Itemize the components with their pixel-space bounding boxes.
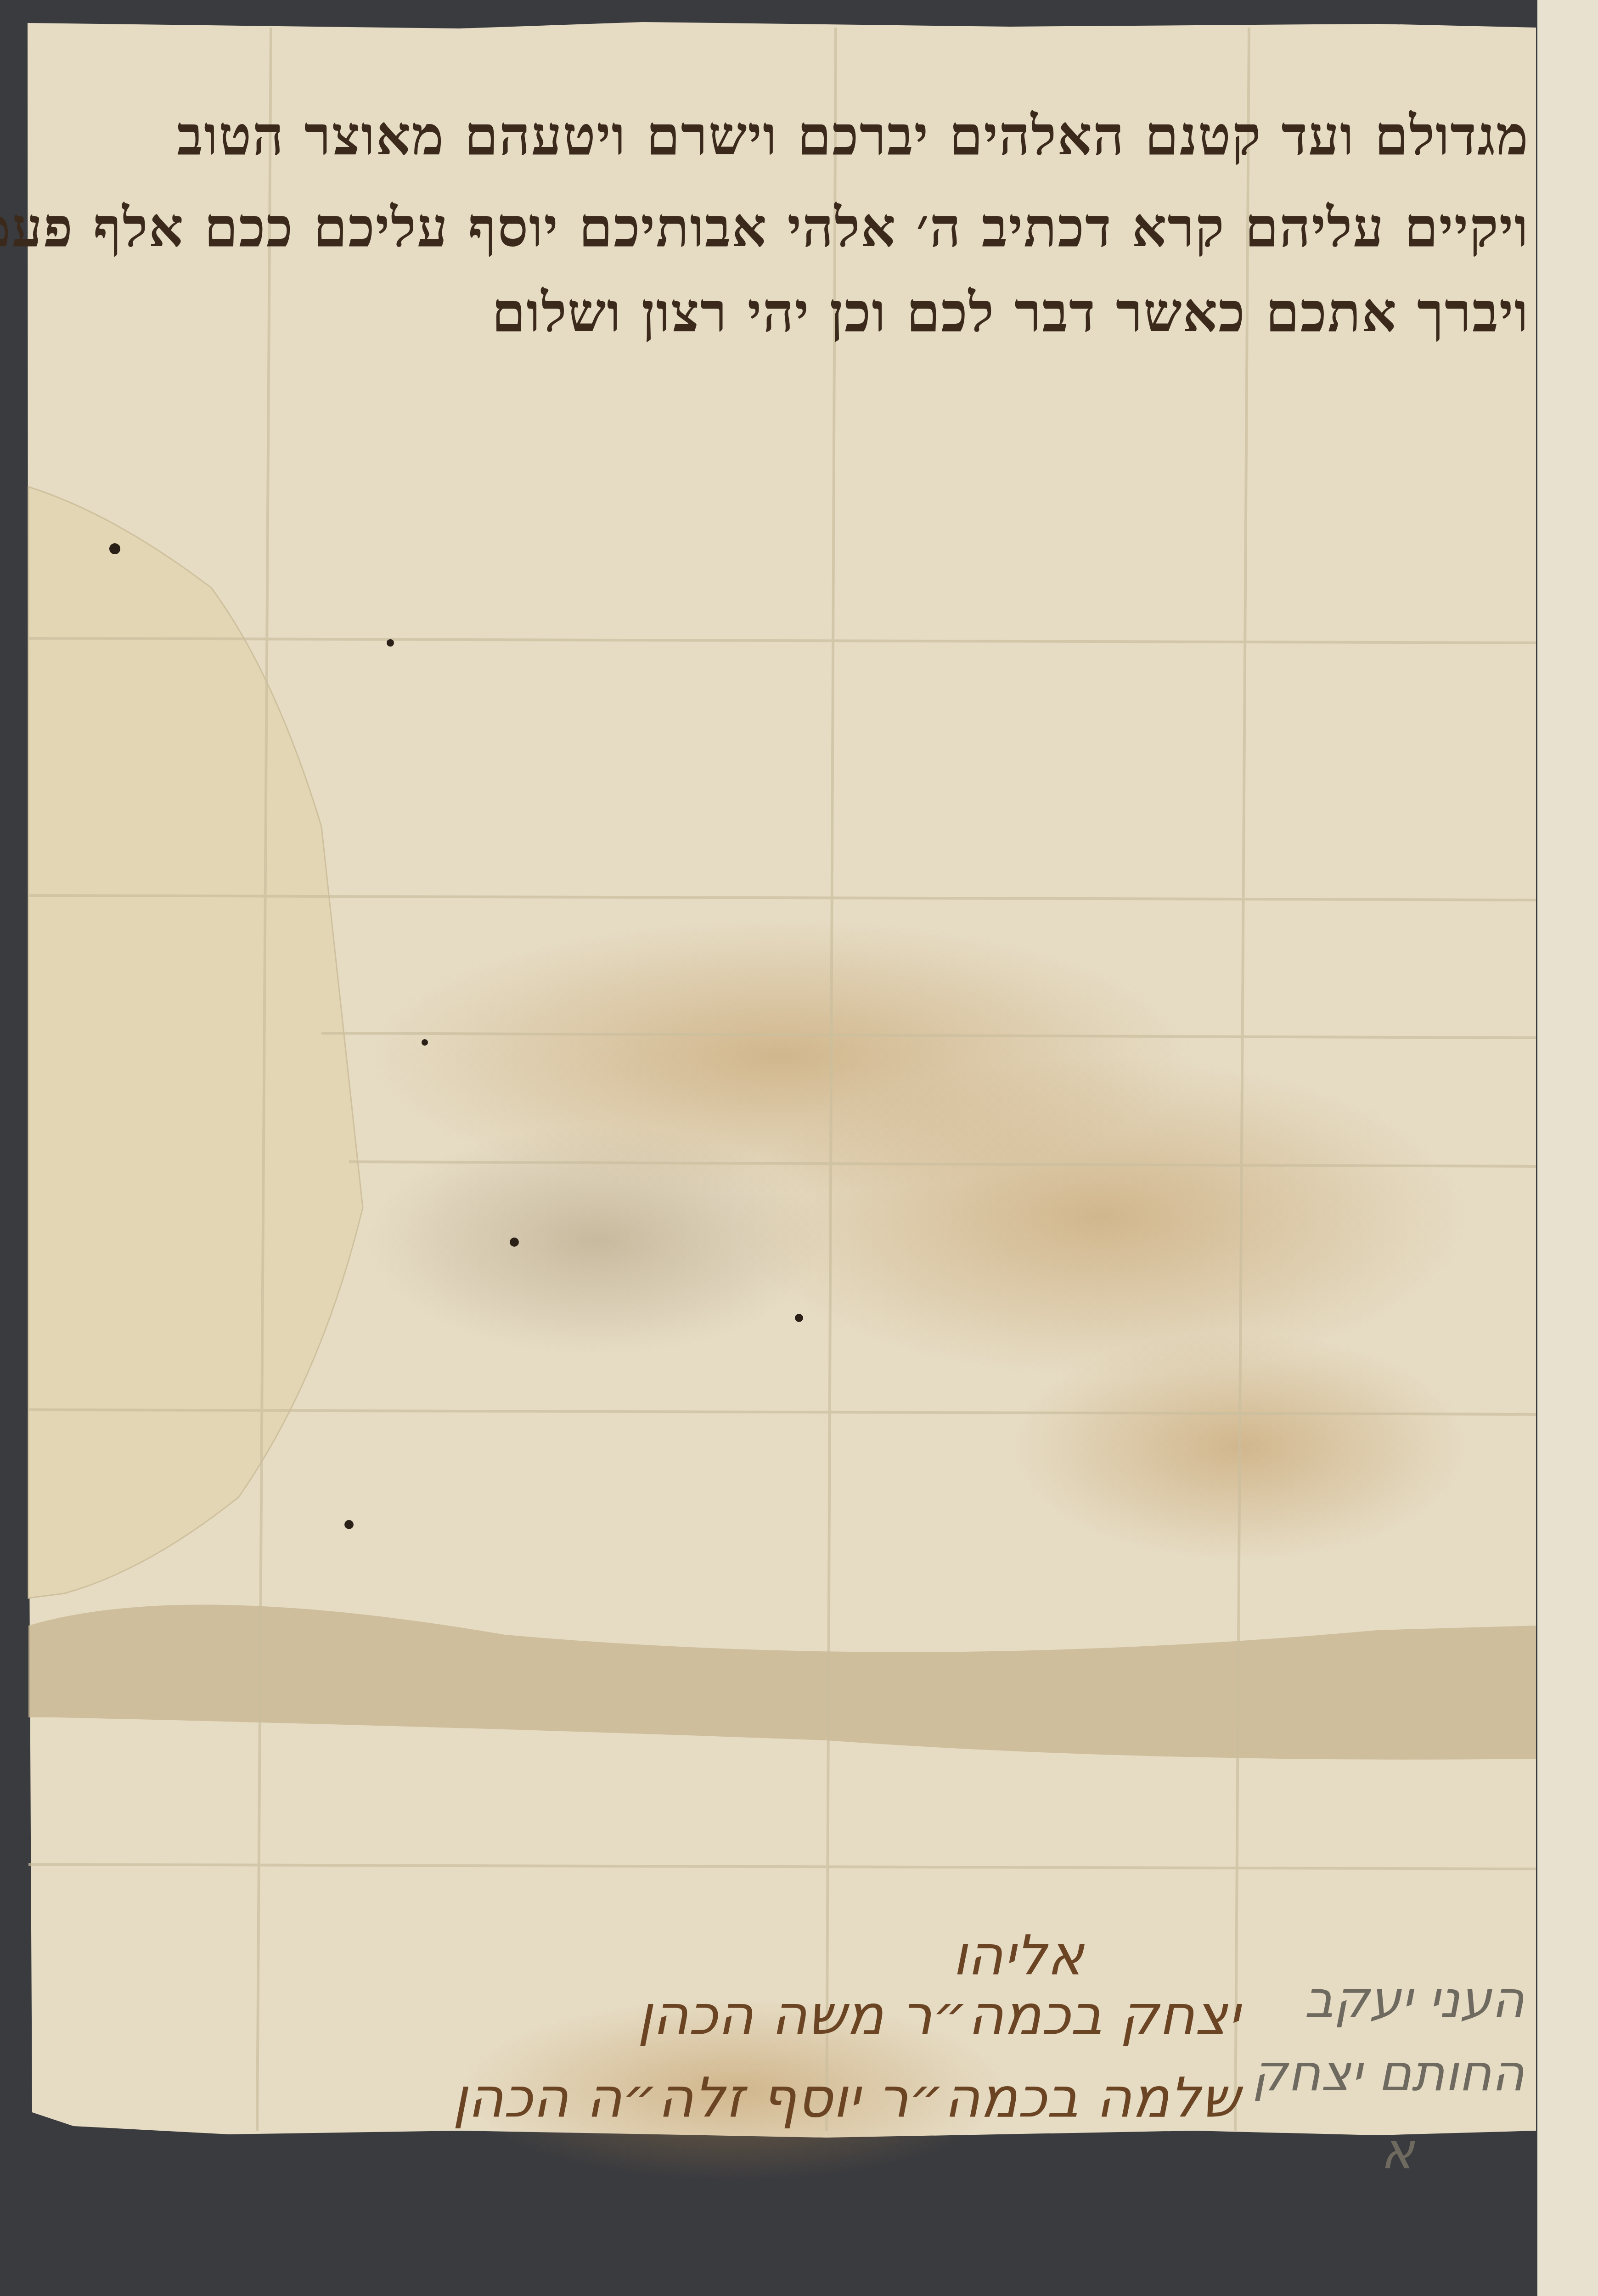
paper-sheet	[0, 0, 1598, 2296]
pencil-note-3: א	[1380, 2122, 1414, 2180]
manuscript-scan: מגדולם ועד קטנם האלהים יברכם וישרם ויטעה…	[0, 0, 1598, 2296]
text-line-2: ויקיים עליהם קרא דכתיב ה׳ אלהי אבותיכם י…	[0, 195, 1529, 259]
signature-line-1: אליהו	[952, 1924, 1084, 1988]
text-line-3: ויברך אתכם כאשר דבר לכם וכן יהי רצון ושל…	[492, 280, 1529, 344]
pencil-note-2: החותם יצחק	[1252, 2043, 1525, 2102]
text-line-1: מגדולם ועד קטנם האלהים יברכם וישרם ויטעה…	[177, 103, 1529, 168]
pencil-note-1: העני יעקב	[1305, 1970, 1525, 2029]
signature-line-3: שלמה בכמה״ר יוסף זלה״ה הכהן	[452, 2066, 1240, 2130]
signature-line-2: יצחק בכמה״ר משה הכהן	[637, 1984, 1240, 2048]
